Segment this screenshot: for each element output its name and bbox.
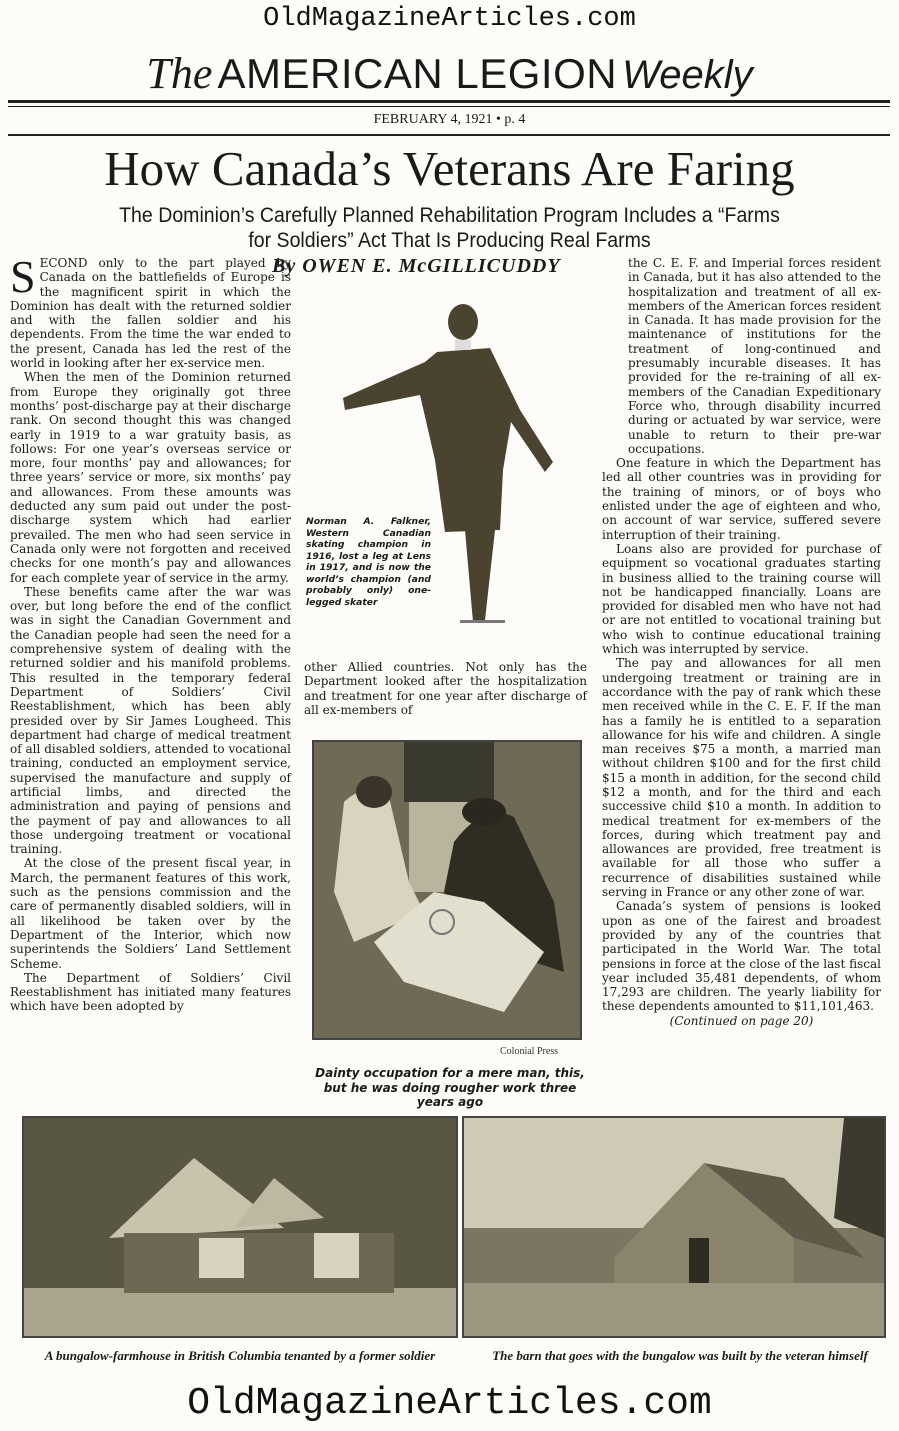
paragraph: At the close of the present fiscal year,…	[10, 856, 291, 970]
masthead: The AMERICAN LEGION Weekly	[0, 48, 899, 99]
photo-bungalow	[22, 1116, 458, 1338]
deck: The Dominion’s Carefully Planned Rehabil…	[31, 203, 867, 253]
paragraph: One feature in which the Department has …	[602, 456, 881, 542]
byline: By OWEN E. McGILLICUDDY	[272, 255, 561, 278]
paragraph: The Department of Soldiers’ Civil Reesta…	[10, 971, 291, 1014]
deck-line-2: for Soldiers” Act That Is Producing Real…	[31, 228, 867, 253]
photo-sewing	[312, 740, 582, 1040]
column-1: SECOND only to the part played by Canada…	[10, 256, 291, 1014]
paragraph: other Allied countries. Not only has the…	[304, 660, 587, 717]
sewing-scene-icon	[314, 742, 580, 1038]
barn-caption: The barn that goes with the bungalow was…	[480, 1348, 880, 1363]
column-2: other Allied countries. Not only has the…	[304, 660, 587, 717]
masthead-weekly: Weekly	[622, 53, 752, 97]
masthead-rule-thin	[8, 106, 890, 107]
continued-note: (Continued on page 20)	[602, 1014, 881, 1028]
column-3: the C. E. F. and Imperial forces residen…	[602, 256, 881, 1028]
watermark-top: OldMagazineArticles.com	[0, 4, 899, 34]
sewing-caption: Dainty occupation for a mere man, this, …	[305, 1066, 595, 1110]
paragraph: These benefits came after the war was ov…	[10, 585, 291, 857]
bungalow-scene-icon	[24, 1118, 456, 1336]
drop-cap: S	[10, 258, 36, 296]
paragraph: SECOND only to the part played by Canada…	[10, 256, 291, 370]
barn-scene-icon	[464, 1118, 884, 1336]
masthead-rule-thick	[8, 100, 890, 103]
deck-line-1: The Dominion’s Carefully Planned Rehabil…	[31, 203, 867, 228]
skater-caption: Norman A. Falkner, Western Canadian skat…	[306, 516, 431, 608]
paragraph-text: ECOND only to the part played by Canada …	[10, 256, 291, 370]
dateline-rule	[8, 134, 890, 136]
headline: How Canada’s Veterans Are Faring	[0, 140, 899, 197]
dateline: FEBRUARY 4, 1921 • p. 4	[0, 112, 899, 128]
paragraph: Loans also are provided for purchase of …	[602, 542, 881, 656]
masthead-the: The	[146, 49, 212, 98]
paragraph: the C. E. F. and Imperial forces residen…	[602, 256, 881, 456]
photo-barn	[462, 1116, 886, 1338]
masthead-title: AMERICAN LEGION	[218, 50, 618, 97]
paragraph: Canada’s system of pensions is looked up…	[602, 899, 881, 1013]
paragraph: When the men of the Dominion returned fr…	[10, 370, 291, 584]
photo-credit: Colonial Press	[500, 1046, 558, 1057]
paragraph: The pay and allowances for all men under…	[602, 656, 881, 899]
watermark-bottom: OldMagazineArticles.com	[0, 1382, 899, 1425]
bungalow-caption: A bungalow-farmhouse in British Columbia…	[30, 1348, 450, 1363]
